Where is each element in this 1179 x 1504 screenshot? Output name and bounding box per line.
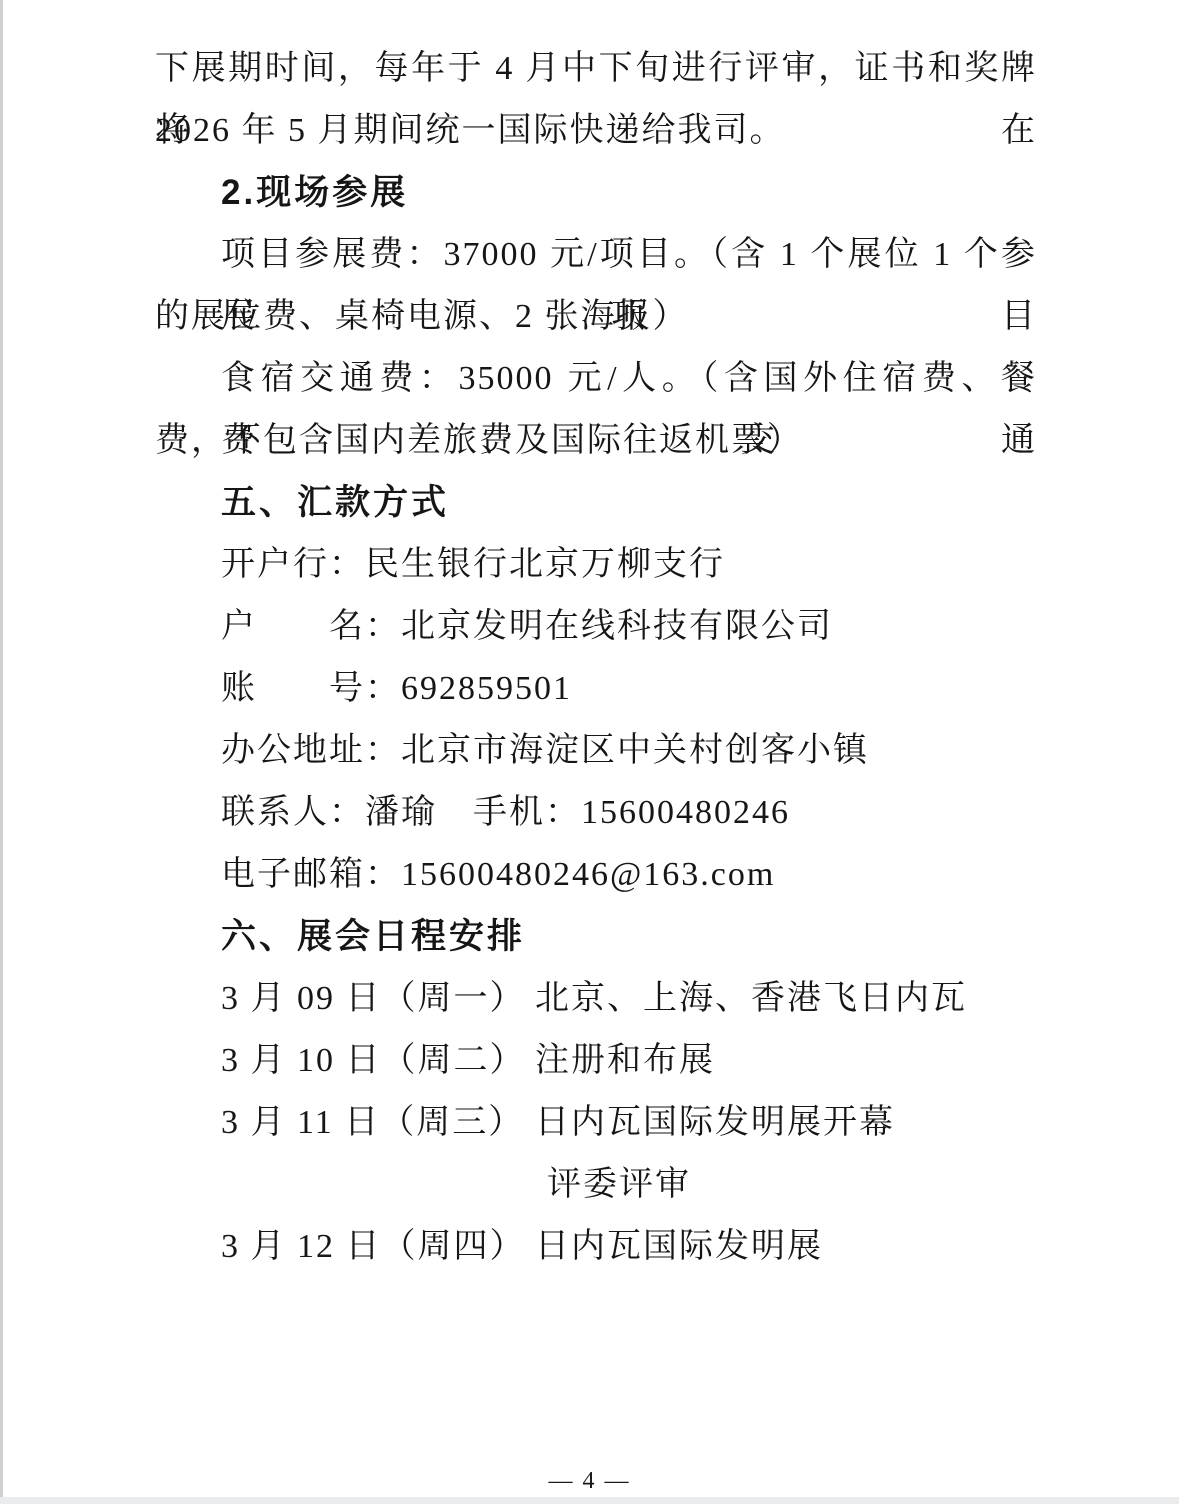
account-name-line: 户 名：北京发明在线科技有限公司 — [155, 596, 1037, 658]
account-number-line: 账 号：692859501 — [155, 658, 1037, 720]
schedule-date: 3 月 12 日（周四） — [221, 1216, 535, 1278]
schedule-event: 日内瓦国际发明展 — [535, 1228, 823, 1265]
schedule-row: 3 月 11 日（周三）日内瓦国际发明展开幕 — [155, 1092, 1037, 1154]
page-left-edge — [0, 0, 3, 1504]
schedule-event: 日内瓦国际发明展开幕 — [535, 1104, 895, 1141]
schedule-date: 3 月 11 日（周三） — [221, 1092, 535, 1154]
bank-branch-line: 开户行：民生银行北京万柳支行 — [155, 534, 1037, 596]
heading-onsite-participation: 2.现场参展 — [155, 162, 1037, 224]
email-line: 电子邮箱：15600480246@163.com — [155, 844, 1037, 906]
contact-person-line: 联系人：潘瑜 手机：15600480246 — [155, 782, 1037, 844]
schedule-event: 北京、上海、香港飞日内瓦 — [535, 980, 967, 1017]
schedule-event: 注册和布展 — [535, 1042, 715, 1079]
schedule-row: 3 月 09 日（周一）北京、上海、香港飞日内瓦 — [155, 968, 1037, 1030]
schedule-event: 评委评审 — [535, 1166, 691, 1203]
schedule-date: 3 月 09 日（周一） — [221, 968, 535, 1030]
document-body: 下展期时间，每年于 4 月中下旬进行评审，证书和奖牌将在 2026 年 5 月期… — [155, 38, 1037, 1278]
schedule-date: 3 月 10 日（周二） — [221, 1030, 535, 1092]
office-address-line: 办公地址：北京市海淀区中关村创客小镇 — [155, 720, 1037, 782]
page-number: — 4 — — [0, 1468, 1179, 1495]
schedule-row: 评委评审 — [155, 1154, 1037, 1216]
heading-exhibition-schedule: 六、展会日程安排 — [155, 906, 1037, 968]
schedule-row: 3 月 10 日（周二）注册和布展 — [155, 1030, 1037, 1092]
paragraph-continuation-line-1: 下展期时间，每年于 4 月中下旬进行评审，证书和奖牌将在 — [155, 38, 1037, 100]
document-page: 下展期时间，每年于 4 月中下旬进行评审，证书和奖牌将在 2026 年 5 月期… — [0, 0, 1179, 1504]
page-bottom-edge — [0, 1497, 1179, 1504]
schedule-row: 3 月 12 日（周四）日内瓦国际发明展 — [155, 1216, 1037, 1278]
heading-payment-method: 五、汇款方式 — [155, 472, 1037, 534]
board-travel-fee-line-1: 食宿交通费：35000 元/人。（含国外住宿费、餐费、交通 — [155, 348, 1037, 410]
project-fee-line-1: 项目参展费：37000 元/项目。（含 1 个展位 1 个参展项目 — [155, 224, 1037, 286]
